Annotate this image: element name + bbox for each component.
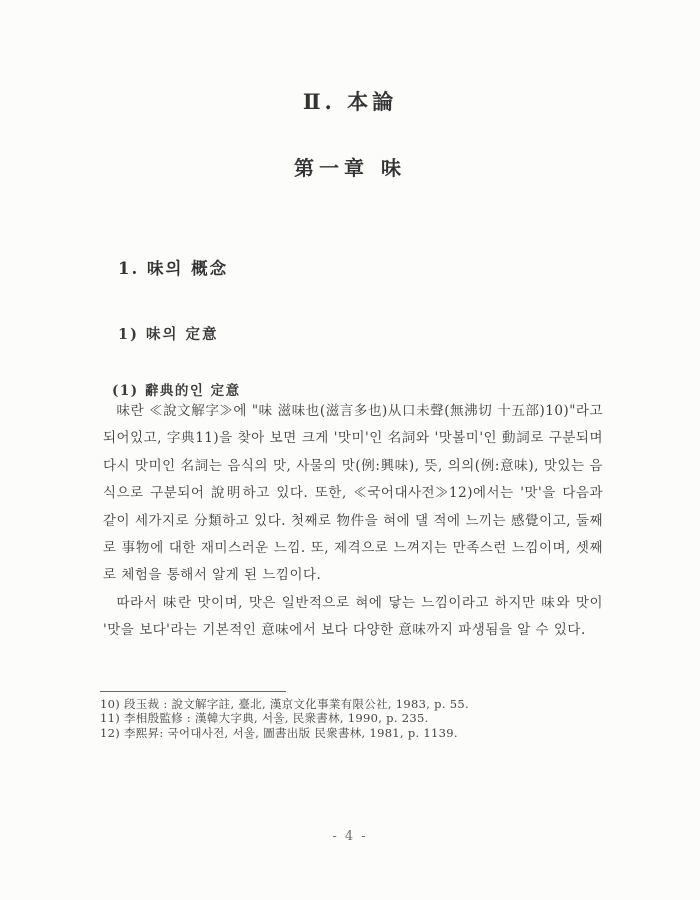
body-text: 味란 ≪說文解字≫에 "味 滋味也(滋言多也)从口未聲(無沸切 十五部)10)"… <box>103 398 603 645</box>
footnote: 11) 李相殷監修 : 漢韓大字典, 서울, 民衆書林, 1990, p. 23… <box>100 711 580 725</box>
footnote-divider <box>100 691 286 692</box>
subsubsection-heading: (1) 辭典的인 定意 <box>112 379 241 399</box>
document-page: Ⅱ. 本論 第一章 味 1. 味의 概念 1) 味의 定意 (1) 辭典的인 定… <box>0 0 700 900</box>
paragraph: 따라서 味란 맛이며, 맛은 일반적으로 혀에 닿는 느낌이라고 하지만 味와 … <box>103 590 603 645</box>
section-heading: 1. 味의 概念 <box>118 255 228 279</box>
paragraph: 味란 ≪說文解字≫에 "味 滋味也(滋言多也)从口未聲(無沸切 十五部)10)"… <box>103 398 603 590</box>
chapter-heading: 第一章 味 <box>0 152 700 181</box>
footnotes: 10) 段玉裁 : 說文解字註, 臺北, 漢京文化事業有限公社, 1983, p… <box>100 697 580 740</box>
document-title: Ⅱ. 本論 <box>0 86 700 116</box>
footnote: 10) 段玉裁 : 說文解字註, 臺北, 漢京文化事業有限公社, 1983, p… <box>100 697 580 711</box>
subsection-heading: 1) 味의 定意 <box>118 323 219 344</box>
footnote: 12) 李熙昇: 국어대사전, 서울, 圖書出版 民衆書林, 1981, p. … <box>100 726 580 740</box>
page-number: - 4 - <box>0 829 700 844</box>
